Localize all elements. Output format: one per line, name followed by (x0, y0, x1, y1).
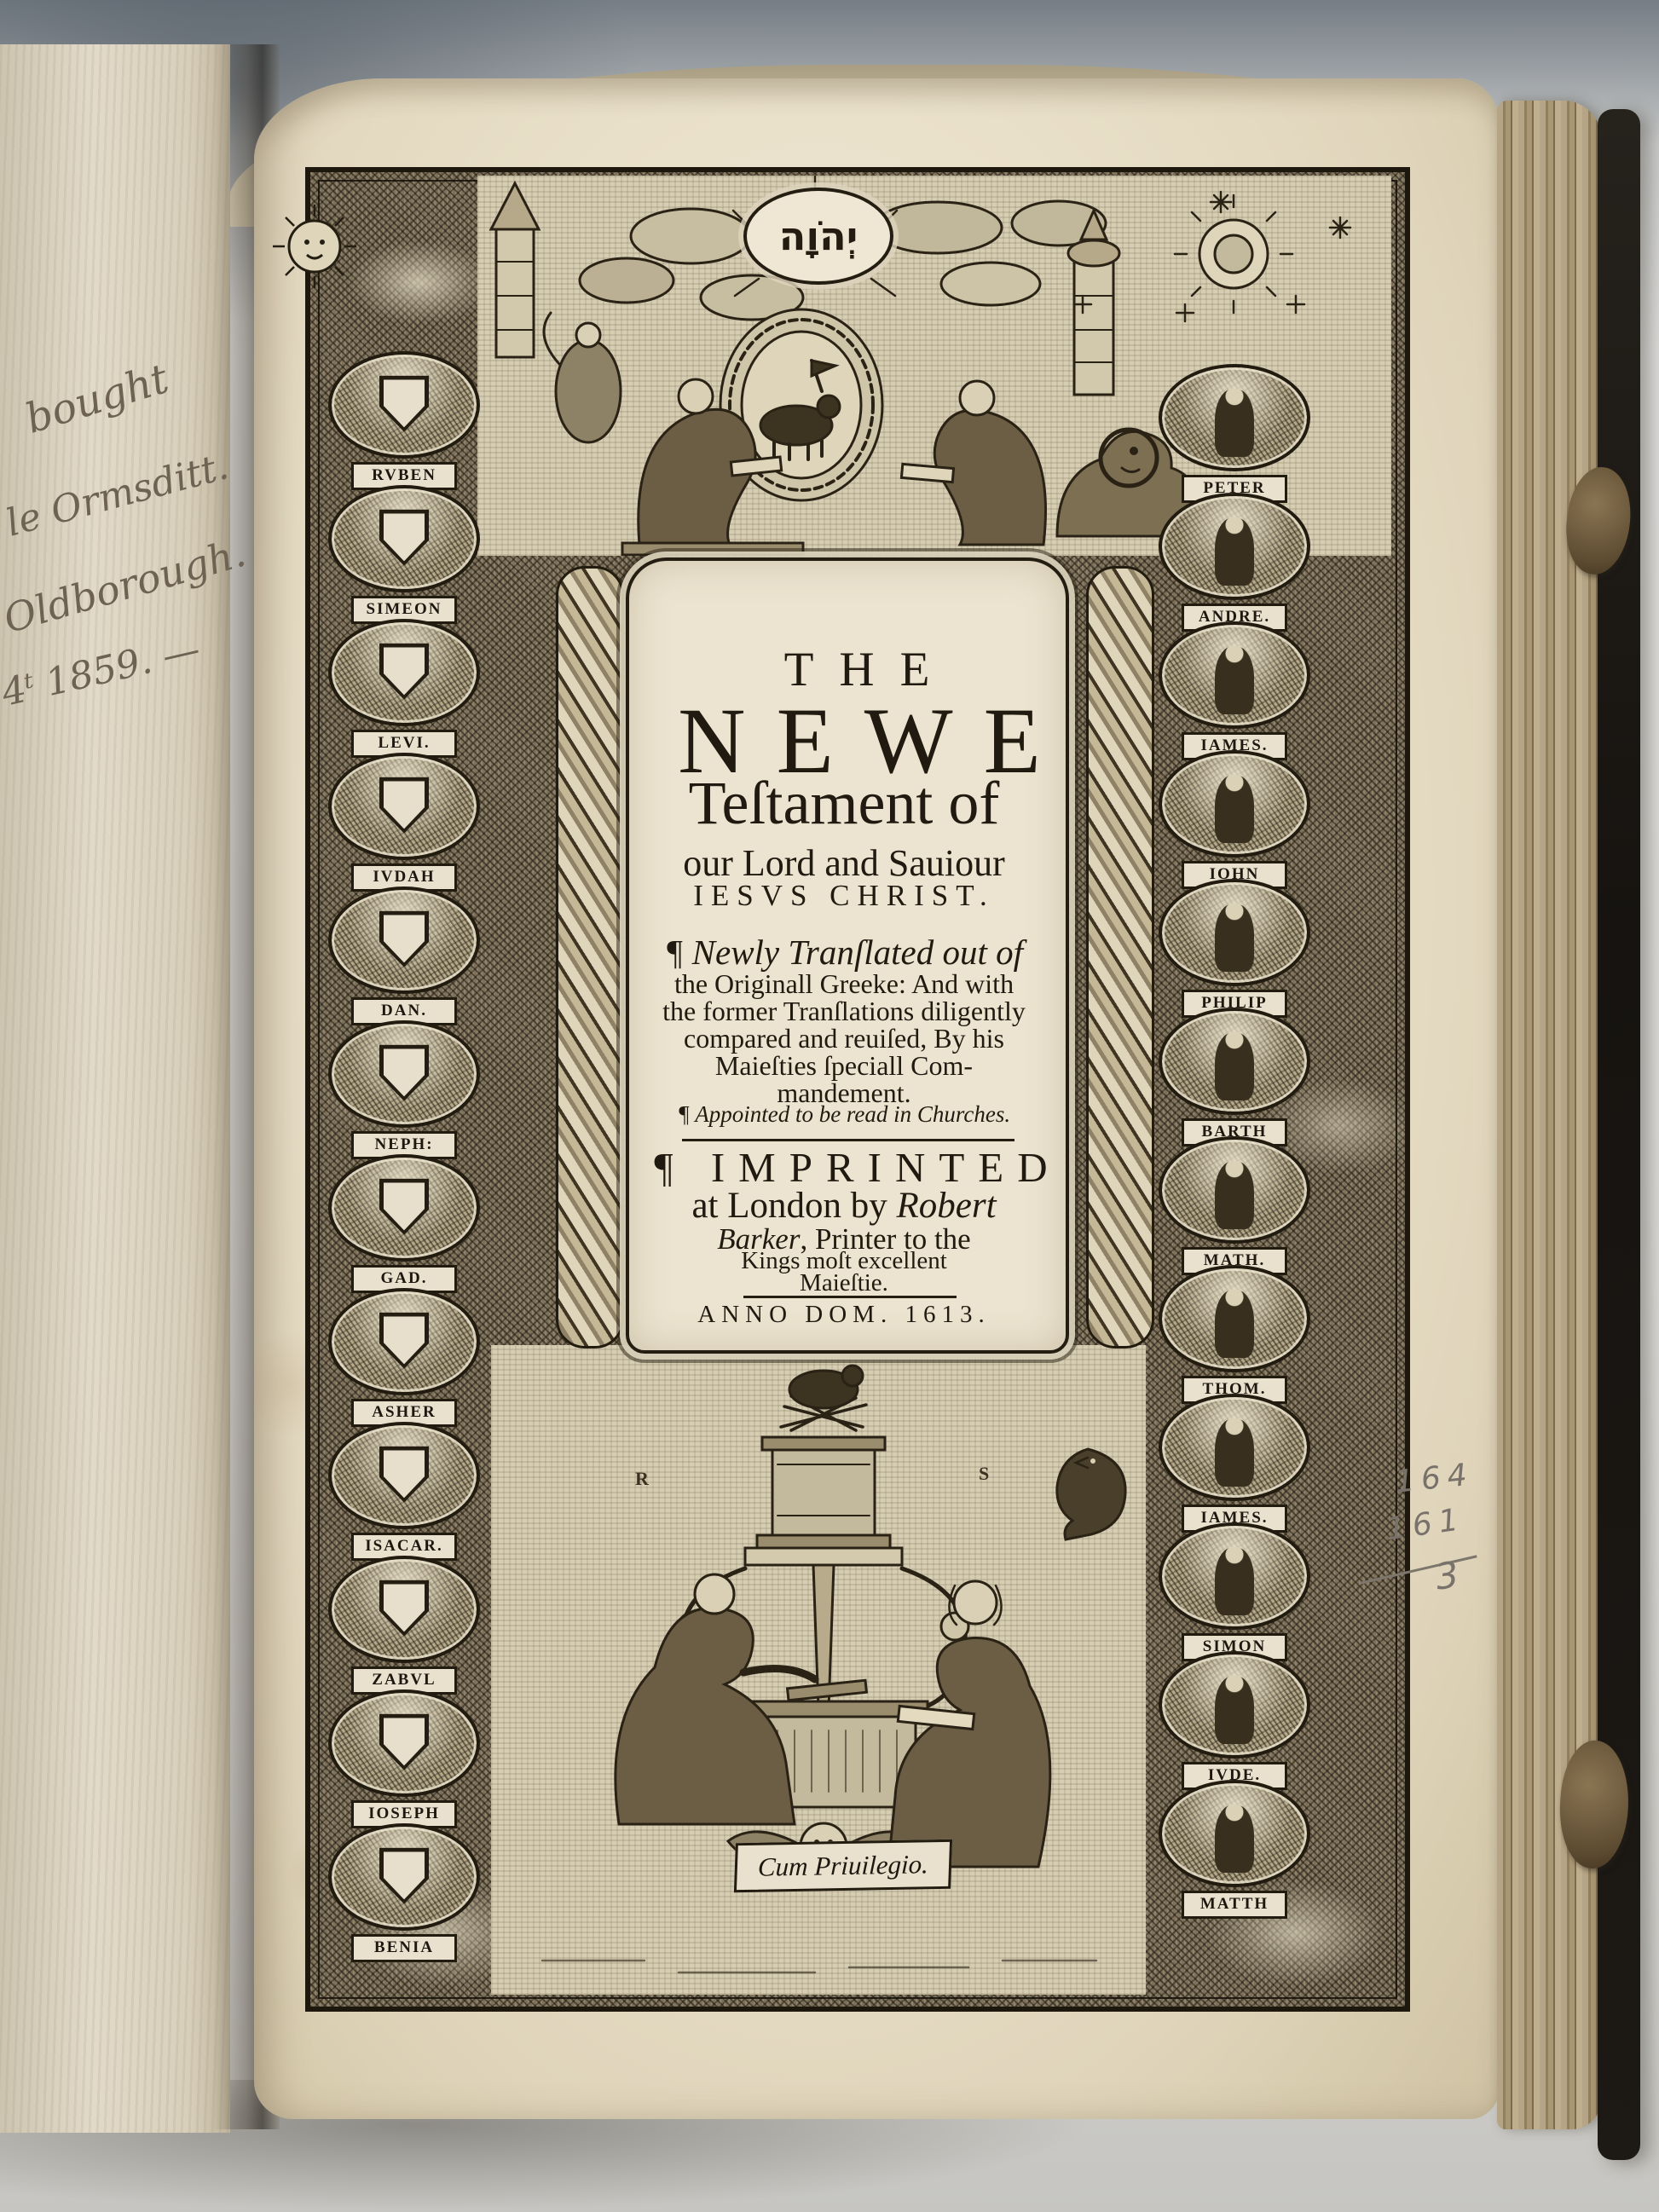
cum-privilegio-banner: Cum Priuilegio. (734, 1839, 952, 1892)
tribe-engraving (328, 1288, 480, 1395)
apostle-medallion: IVDE. (1149, 1651, 1320, 1790)
apostle-label: MATTH (1182, 1891, 1287, 1919)
tribe-medallion: BENIA (319, 1823, 489, 1962)
tribe-engraving (328, 351, 480, 459)
subtitle-line: the former Tranſlations diligently (626, 997, 1062, 1026)
bottom-scene-art (491, 1345, 1146, 1995)
ground-hatch (542, 1961, 1096, 1972)
apostle-medallion: IOHN (1149, 750, 1320, 889)
apostle-medallion: IAMES. (1149, 621, 1320, 760)
apostle-medallion: IAMES. (1149, 1394, 1320, 1533)
apostle-medallion: THOM. (1149, 1265, 1320, 1404)
subtitle-line: ¶ Newly Tranſlated out of (626, 934, 1062, 971)
apostle-engraving (1159, 1265, 1310, 1372)
apostle-medallion: PHILIP (1149, 879, 1320, 1018)
subtitle-line: the Originall Greeke: And with (626, 970, 1062, 999)
apostle-engraving (1159, 1522, 1310, 1630)
tribe-medallion: IOSEPH (319, 1689, 489, 1828)
divider-rule (682, 1139, 1014, 1141)
imprint-heading: ¶ IMPRINTED (626, 1146, 1076, 1189)
tribe-engraving (328, 619, 480, 726)
tribe-medallion: LEVI. (319, 619, 489, 758)
strapwork-column (556, 566, 624, 1349)
left-page-with-showthrough (0, 44, 230, 2133)
photo-of-antique-bible: bought le Ormsditt. Oldborough. 4ᵗ 1859.… (0, 0, 1659, 2212)
tribe-engraving (328, 485, 480, 592)
tribe-medallion: SIMEON (319, 485, 489, 624)
apostle-engraving (1159, 1008, 1310, 1115)
apostle-engraving (1159, 1136, 1310, 1244)
tribe-label: BENIA (351, 1934, 457, 1962)
printer-name: Robert (897, 1186, 997, 1226)
sacrifice-lamb-icon (781, 1366, 866, 1430)
apostle-engraving (1159, 750, 1310, 858)
strapwork-column (1086, 566, 1154, 1349)
engraved-letter: S (979, 1463, 989, 1485)
eagle-icon (1057, 1449, 1125, 1539)
tribe-medallion: DAN. (319, 887, 489, 1025)
apostle-engraving (1159, 1780, 1310, 1887)
apostle-engraving (1159, 1394, 1310, 1501)
imprint-text: at London by (691, 1186, 896, 1226)
title-line-testament: Teſtament of (626, 771, 1062, 836)
tribe-medallion: NEPH: (319, 1020, 489, 1159)
evangelist-john-figure (888, 1581, 1050, 1867)
title-line-the: THE (626, 644, 1088, 696)
tribe-engraving (328, 1422, 480, 1529)
tribe-engraving (328, 1556, 480, 1663)
apostle-engraving (1159, 879, 1310, 986)
tribe-medallion: ISACAR. (319, 1422, 489, 1561)
apostle-medallion: MATH. (1149, 1136, 1320, 1275)
tribe-engraving (328, 753, 480, 860)
tribe-engraving (328, 1689, 480, 1797)
tribe-medallion: IVDAH (319, 753, 489, 892)
bottom-engraving-scene (491, 1345, 1146, 1995)
apostle-medallion: PETER (1149, 364, 1320, 503)
angel-figure (544, 313, 621, 442)
title-line-lord: our Lord and Sauiour (626, 844, 1062, 883)
apostle-medallion: SIMON (1149, 1522, 1320, 1661)
tribe-engraving (328, 1154, 480, 1262)
sun-face-icon (269, 201, 360, 292)
apostle-engraving (1159, 364, 1310, 471)
tribe-medallion: ASHER (319, 1288, 489, 1427)
apostle-medallion: BARTH (1149, 1008, 1320, 1146)
tribe-medallion: GAD. (319, 1154, 489, 1293)
subtitle-line: Maieſties ſpeciall Com- (626, 1052, 1062, 1081)
apostle-engraving (1159, 1651, 1310, 1759)
apostle-medallion: ANDRE. (1149, 493, 1320, 632)
tribe-medallion: ZABVL (319, 1556, 489, 1695)
tribe-engraving (328, 1020, 480, 1128)
apostle-engraving (1159, 493, 1310, 600)
apostle-engraving (1159, 621, 1310, 729)
moon-orb-icon (1175, 195, 1292, 313)
tribe-engraving (328, 1823, 480, 1931)
tribe-engraving (328, 887, 480, 994)
appointed-line: ¶ Appointed to be read in Churches. (626, 1102, 1062, 1126)
apostle-medallion: MATTH (1149, 1780, 1320, 1919)
title-line-iesvs: IESVS CHRIST. (626, 881, 1062, 912)
tetragrammaton-cartouche: יְהֹוָה (743, 188, 893, 285)
divider-rule (743, 1296, 957, 1298)
evangelist-mark-figure (901, 381, 1045, 545)
imprint-line: at London by Robert (626, 1187, 1062, 1225)
engraved-letter: R (635, 1468, 649, 1490)
tribe-medallion: RVBEN (319, 351, 489, 490)
anno-dom-line: ANNO DOM. 1613. (626, 1302, 1062, 1327)
subtitle-line: compared and reuiſed, By his (626, 1025, 1062, 1054)
imprint-line: Maieſtie. (626, 1270, 1062, 1296)
tower-icon (491, 183, 539, 357)
